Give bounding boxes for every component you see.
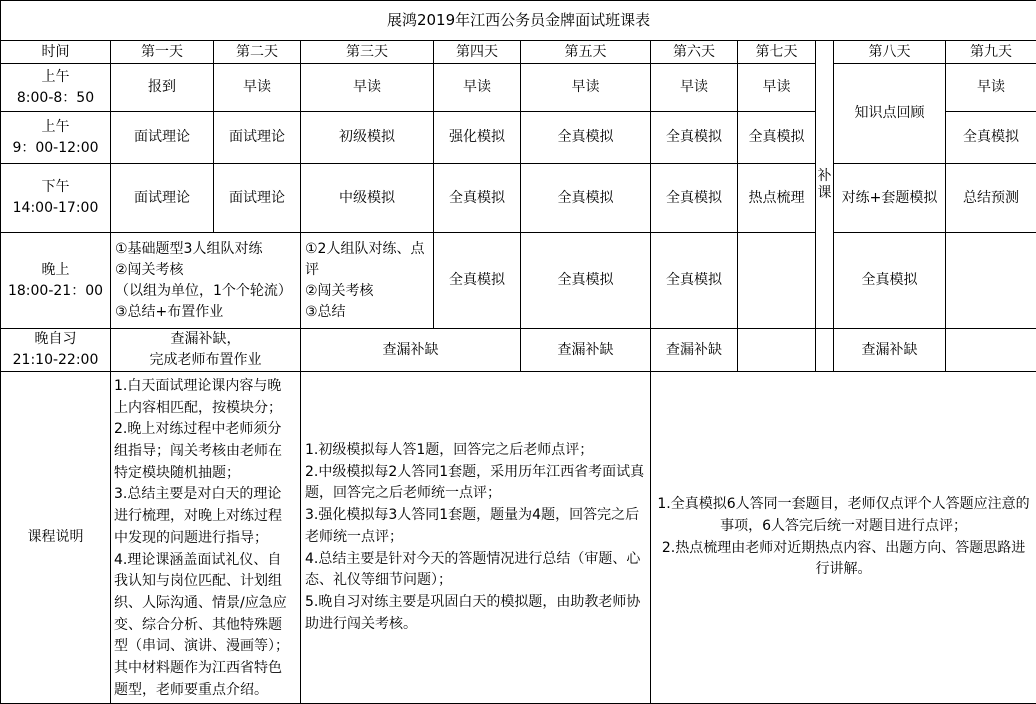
cell-afternoon-day1: 面试理论 bbox=[111, 164, 214, 233]
cell-evening-day6: 全真模拟 bbox=[651, 233, 738, 329]
cell-day8-knowledge-review: 知识点回顾 bbox=[834, 64, 946, 164]
row-label-afternoon: 下午 14:00-17:00 bbox=[1, 164, 111, 233]
col-header-day-7: 第七天 bbox=[738, 41, 816, 64]
cell-morning1-day3: 早读 bbox=[301, 64, 434, 112]
col-header-day-6: 第六天 bbox=[651, 41, 738, 64]
col-header-time: 时间 bbox=[1, 41, 111, 64]
cell-morning1-day4: 早读 bbox=[434, 64, 521, 112]
cell-selfstudy-day9 bbox=[946, 329, 1036, 372]
col-header-day-8: 第八天 bbox=[834, 41, 946, 64]
cell-morning2-day6: 全真模拟 bbox=[651, 112, 738, 164]
cell-selfstudy-makeup bbox=[816, 329, 834, 372]
row-label-course-notes: 课程说明 bbox=[1, 372, 111, 704]
col-header-day-3: 第三天 bbox=[301, 41, 434, 64]
cell-morning2-day7: 全真模拟 bbox=[738, 112, 816, 164]
cell-morning2-day4: 强化模拟 bbox=[434, 112, 521, 164]
course-notes-block-3: 1.全真模拟6人答同一套题目，老师仅点评个人答题应注意的事项，6人答完后统一对题… bbox=[651, 372, 1036, 704]
cell-morning2-day5: 全真模拟 bbox=[521, 112, 651, 164]
course-notes-block-1: 1.白天面试理论课内容与晚上内容相匹配，按模块分； 2.晚上对练过程中老师须分组… bbox=[111, 372, 301, 704]
cell-evening-day9 bbox=[946, 233, 1036, 329]
cell-evening-day7 bbox=[738, 233, 816, 329]
table-title: 展鸿2019年江西公务员金牌面试班课表 bbox=[1, 1, 1036, 41]
cell-evening-day3: ①2人组队对练、点评 ②闯关考核 ③总结 bbox=[301, 233, 434, 329]
col-header-day-9: 第九天 bbox=[946, 41, 1036, 64]
cell-morning1-day6: 早读 bbox=[651, 64, 738, 112]
cell-selfstudy-day5: 查漏补缺 bbox=[521, 329, 651, 372]
cell-morning1-day7: 早读 bbox=[738, 64, 816, 112]
makeup-column-label: 补课 bbox=[816, 41, 834, 329]
cell-evening-day1-2: ①基础题型3人组队对练 ②闯关考核 （以组为单位，1个个轮流） ③总结+布置作业 bbox=[111, 233, 301, 329]
cell-morning2-day9: 全真模拟 bbox=[946, 112, 1036, 164]
cell-afternoon-day5: 全真模拟 bbox=[521, 164, 651, 233]
row-label-self-study: 晚自习 21:10-22:00 bbox=[1, 329, 111, 372]
schedule-table: 展鸿2019年江西公务员金牌面试班课表 时间 第一天 第二天 第三天 第四天 第… bbox=[0, 0, 1036, 704]
cell-morning2-day3: 初级模拟 bbox=[301, 112, 434, 164]
col-header-day-1: 第一天 bbox=[111, 41, 214, 64]
cell-afternoon-day3: 中级模拟 bbox=[301, 164, 434, 233]
row-label-evening: 晚上 18:00-21：00 bbox=[1, 233, 111, 329]
cell-morning2-day2: 面试理论 bbox=[214, 112, 301, 164]
cell-morning2-day1: 面试理论 bbox=[111, 112, 214, 164]
cell-evening-day5: 全真模拟 bbox=[521, 233, 651, 329]
cell-afternoon-day2: 面试理论 bbox=[214, 164, 301, 233]
cell-selfstudy-day8: 查漏补缺 bbox=[834, 329, 946, 372]
row-label-morning-early: 上午 8:00-8：50 bbox=[1, 64, 111, 112]
cell-selfstudy-day1-2: 查漏补缺， 完成老师布置作业 bbox=[111, 329, 301, 372]
cell-morning1-day1: 报到 bbox=[111, 64, 214, 112]
col-header-day-4: 第四天 bbox=[434, 41, 521, 64]
cell-afternoon-day6: 全真模拟 bbox=[651, 164, 738, 233]
cell-morning1-day2: 早读 bbox=[214, 64, 301, 112]
cell-afternoon-day8: 对练+套题模拟 bbox=[834, 164, 946, 233]
col-header-day-5: 第五天 bbox=[521, 41, 651, 64]
cell-afternoon-day4: 全真模拟 bbox=[434, 164, 521, 233]
cell-evening-day8: 全真模拟 bbox=[834, 233, 946, 329]
cell-selfstudy-day3-4: 查漏补缺 bbox=[301, 329, 521, 372]
cell-selfstudy-day6: 查漏补缺 bbox=[651, 329, 738, 372]
cell-afternoon-day7: 热点梳理 bbox=[738, 164, 816, 233]
cell-selfstudy-day7 bbox=[738, 329, 816, 372]
cell-morning1-day9: 早读 bbox=[946, 64, 1036, 112]
schedule-page: 展鸿2019年江西公务员金牌面试班课表 时间 第一天 第二天 第三天 第四天 第… bbox=[0, 0, 1036, 688]
cell-evening-day4: 全真模拟 bbox=[434, 233, 521, 329]
cell-afternoon-day9: 总结预测 bbox=[946, 164, 1036, 233]
row-label-morning: 上午 9：00-12:00 bbox=[1, 112, 111, 164]
col-header-day-2: 第二天 bbox=[214, 41, 301, 64]
cell-morning1-day5: 早读 bbox=[521, 64, 651, 112]
course-notes-block-2: 1.初级模拟每人答1题，回答完之后老师点评； 2.中级模拟每2人答同1套题，采用… bbox=[301, 372, 651, 704]
